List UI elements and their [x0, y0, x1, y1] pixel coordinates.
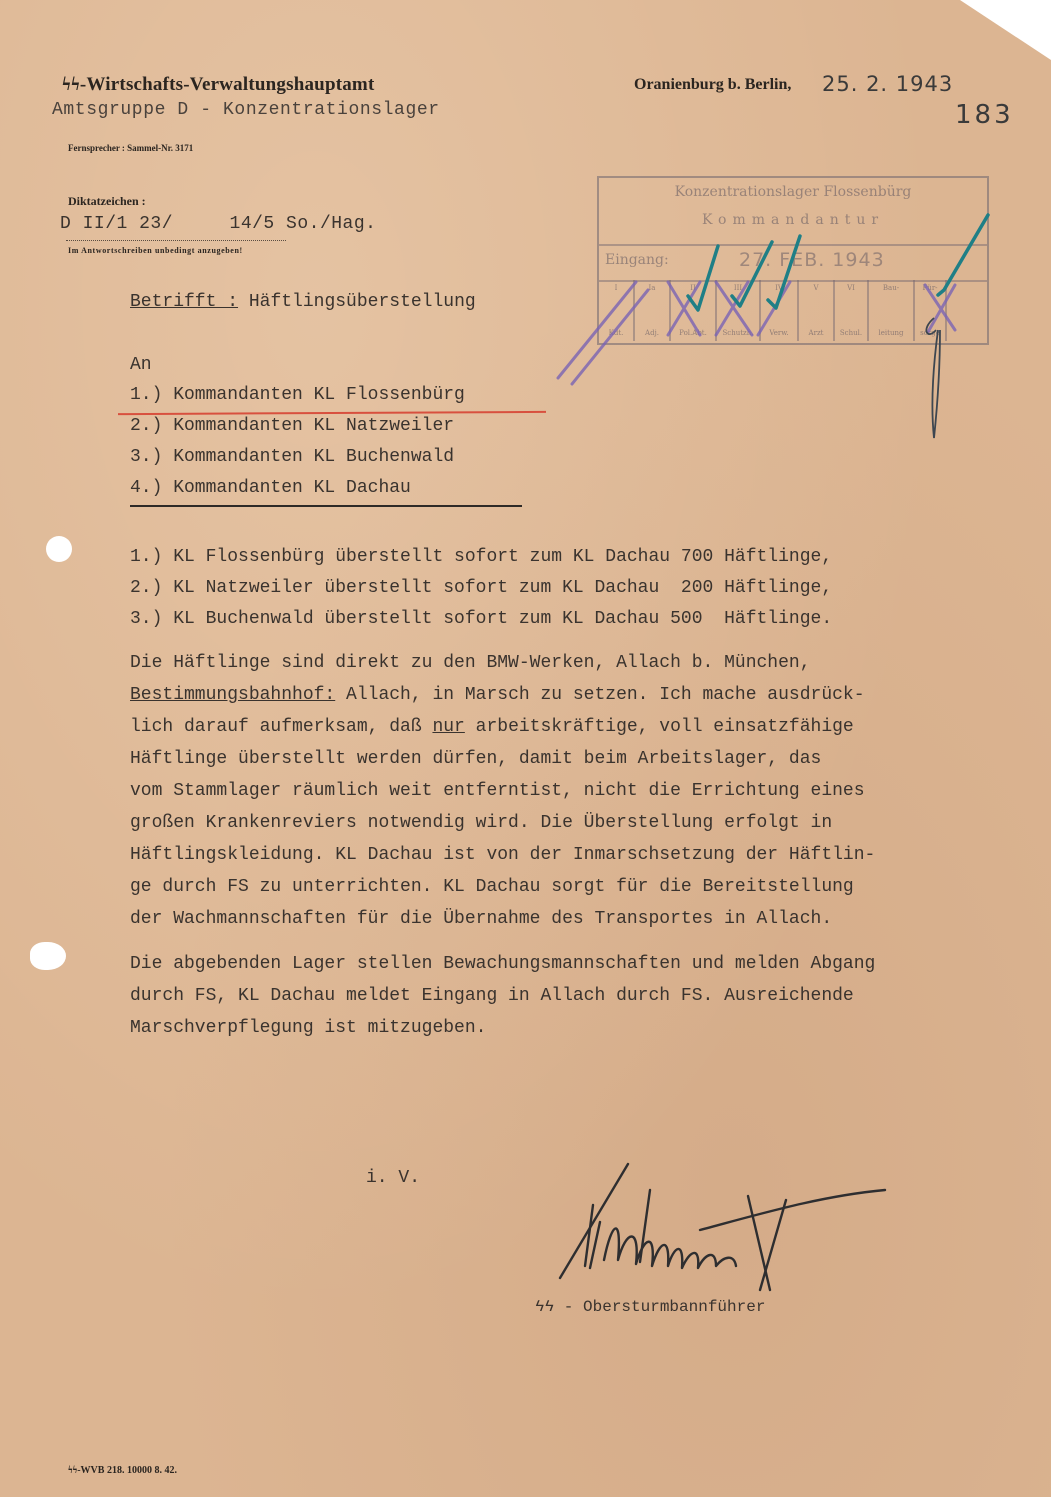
signature-scribble-icon: [560, 1164, 885, 1290]
subject-label: Betrifft :: [130, 292, 238, 312]
addressee-item: 1.) Kommandanten KL Flossenbürg: [130, 385, 465, 405]
reference-label: Diktatzeichen :: [68, 194, 146, 209]
emphasis-nur: nur: [432, 717, 464, 737]
dateline-date: 25. 2. 1943: [822, 72, 953, 96]
reference-value: D II/1 23/ 14/5 So./Hag.: [60, 214, 376, 234]
letterhead-title: ϟϟ-Wirtschafts-Verwaltungshauptamt: [62, 74, 375, 96]
addressees-label: An: [130, 355, 152, 375]
signature-rank: ϟϟ - Obersturmbannführer: [535, 1298, 765, 1316]
stamp-camp-name: Konzentrationslager Flossenbürg: [599, 184, 987, 200]
punch-hole-top: [46, 536, 72, 562]
stamp-cell: IIPol.Abt.: [671, 280, 717, 341]
stamp-cell: IaAdj.: [635, 280, 671, 341]
stamp-received-label: Eingang:: [605, 252, 669, 268]
document-page: ϟϟ-Wirtschafts-Verwaltungshauptamt Amtsg…: [0, 0, 1051, 1497]
letterhead-phone: Fernsprecher : Sammel-Nr. 3171: [68, 143, 193, 153]
order-item: 1.) KL Flossenbürg überstellt sofort zum…: [130, 547, 832, 567]
reference-dotted-line: [66, 240, 286, 241]
signature-prefix: i. V.: [366, 1168, 420, 1188]
reference-note: Im Antwortschreiben unbedingt anzugeben!: [68, 246, 243, 255]
stamp-cell: Für-sorge: [915, 280, 947, 341]
order-item: 3.) KL Buchenwald überstellt sofort zum …: [130, 609, 832, 629]
paragraph1-line: ge durch FS zu unterrichten. KL Dachau s…: [130, 877, 854, 897]
paragraph1-line: Die Häftlinge sind direkt zu den BMW-Wer…: [130, 653, 811, 673]
stamp-header: Konzentrationslager Flossenbürg Kommanda…: [599, 178, 987, 246]
subject-text: Häftlingsüberstellung: [249, 292, 476, 312]
paragraph1-line: der Wachmannschaften für die Übernahme d…: [130, 909, 832, 929]
stamp-cell: [947, 280, 987, 341]
paragraph1-line: vom Stammlager räumlich weit entferntist…: [130, 781, 865, 801]
dateline-place: Oranienburg b. Berlin,: [634, 76, 791, 94]
paragraph2-line: Die abgebenden Lager stellen Bewachungsm…: [130, 954, 875, 974]
stamp-received-row: Eingang: 27. FEB. 1943: [599, 244, 987, 282]
letterhead-subtitle: Amtsgruppe D - Konzentrationslager: [52, 100, 440, 120]
paragraph2-line: durch FS, KL Dachau meldet Eingang in Al…: [130, 986, 854, 1006]
stamp-routing-grid: IKdt. IaAdj. IIPol.Abt. IIISchutzh. IVVe…: [599, 280, 987, 341]
stamp-cell: IIISchutzh.: [717, 280, 761, 341]
stamp-cell: VArzt: [799, 280, 835, 341]
paragraph1-line: lich darauf aufmerksam, daß nur arbeitsk…: [130, 717, 854, 737]
addressee-item: 3.) Kommandanten KL Buchenwald: [130, 447, 454, 467]
page-number: 183: [955, 100, 1014, 130]
stamp-cell: Bau-leitung: [869, 280, 915, 341]
paragraph2-line: Marschverpflegung ist mitzugeben.: [130, 1018, 486, 1038]
receipt-stamp: Konzentrationslager Flossenbürg Kommanda…: [597, 176, 989, 345]
stamp-cell: VISchul.: [835, 280, 869, 341]
addressee-item: 4.) Kommandanten KL Dachau: [130, 478, 411, 498]
order-item: 2.) KL Natzweiler überstellt sofort zum …: [130, 578, 832, 598]
stamp-received-date: 27. FEB. 1943: [739, 249, 885, 271]
destination-station-label: Bestimmungsbahnhof:: [130, 685, 335, 705]
addressees-underline: [130, 505, 522, 507]
footer-print-code: ϟϟ-WVB 218. 10000 8. 42.: [68, 1465, 177, 1476]
addressee-item: 2.) Kommandanten KL Natzweiler: [130, 416, 454, 436]
stamp-cell: IVVerw.: [761, 280, 799, 341]
stamp-cell: IKdt.: [599, 280, 635, 341]
paragraph1-line: großen Krankenreviers notwendig wird. Di…: [130, 813, 832, 833]
punch-hole-bottom: [30, 942, 66, 970]
paragraph1-line: Häftlinge überstellt werden dürfen, dami…: [130, 749, 821, 769]
paragraph1-line: Bestimmungsbahnhof: Allach, in Marsch zu…: [130, 685, 865, 705]
paragraph1-line: Häftlingskleidung. KL Dachau ist von der…: [130, 845, 875, 865]
red-pencil-underline: [118, 411, 546, 415]
subject-line: Betrifft : Häftlingsüberstellung: [130, 292, 476, 312]
stamp-office: Kommandantur: [599, 212, 987, 228]
